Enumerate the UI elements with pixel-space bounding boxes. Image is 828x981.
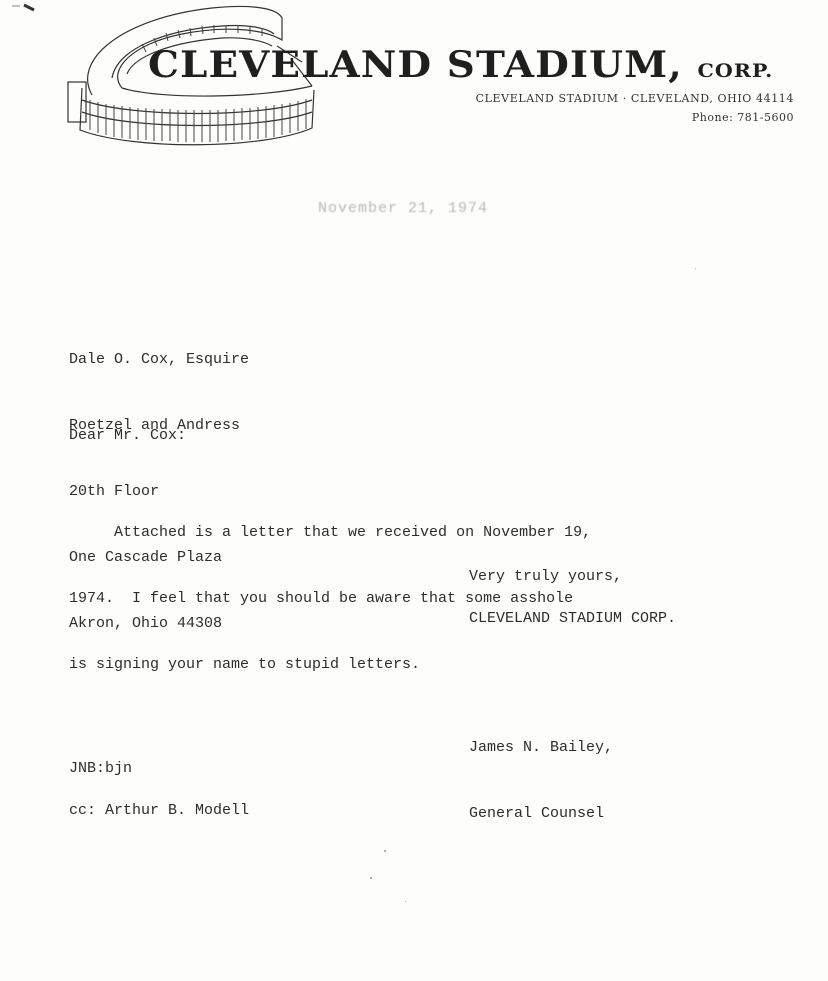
letterhead-company-name: CLEVELAND STADIUM, CORP.: [148, 44, 773, 86]
scan-speck: [405, 901, 406, 902]
signer-title: General Counsel: [469, 803, 613, 825]
letter-page: CLEVELAND STADIUM, CORP. CLEVELAND STADI…: [0, 0, 828, 981]
letter-date: November 21, 1974: [318, 198, 488, 220]
scan-speck: [384, 850, 386, 852]
closing: Very truly yours,: [469, 566, 622, 588]
letterhead-phone: Phone: 781-5600: [692, 111, 794, 124]
body-line: is signing your name to stupid letters.: [69, 654, 591, 676]
signer-block: James N. Bailey, General Counsel: [469, 693, 613, 869]
typist-initials: JNB:bjn: [69, 758, 132, 780]
body-line: 1974. I feel that you should be aware th…: [69, 588, 591, 610]
carbon-copy: cc: Arthur B. Modell: [69, 800, 249, 822]
scan-speck: [370, 877, 372, 879]
company-name: CLEVELAND STADIUM,: [148, 44, 683, 86]
signature-organization: CLEVELAND STADIUM CORP.: [469, 608, 676, 630]
company-suffix: CORP.: [698, 60, 774, 82]
body-line: Attached is a letter that we received on…: [69, 522, 591, 544]
scan-smudge-mark: [10, 2, 40, 12]
salutation: Dear Mr. Cox:: [69, 425, 186, 447]
signer-name: James N. Bailey,: [469, 737, 613, 759]
letterhead-address: CLEVELAND STADIUM · CLEVELAND, OHIO 4411…: [476, 92, 794, 105]
letter-body: Attached is a letter that we received on…: [69, 478, 591, 720]
scan-speck: [695, 268, 696, 269]
recipient-line: Dale O. Cox, Esquire: [69, 349, 249, 371]
